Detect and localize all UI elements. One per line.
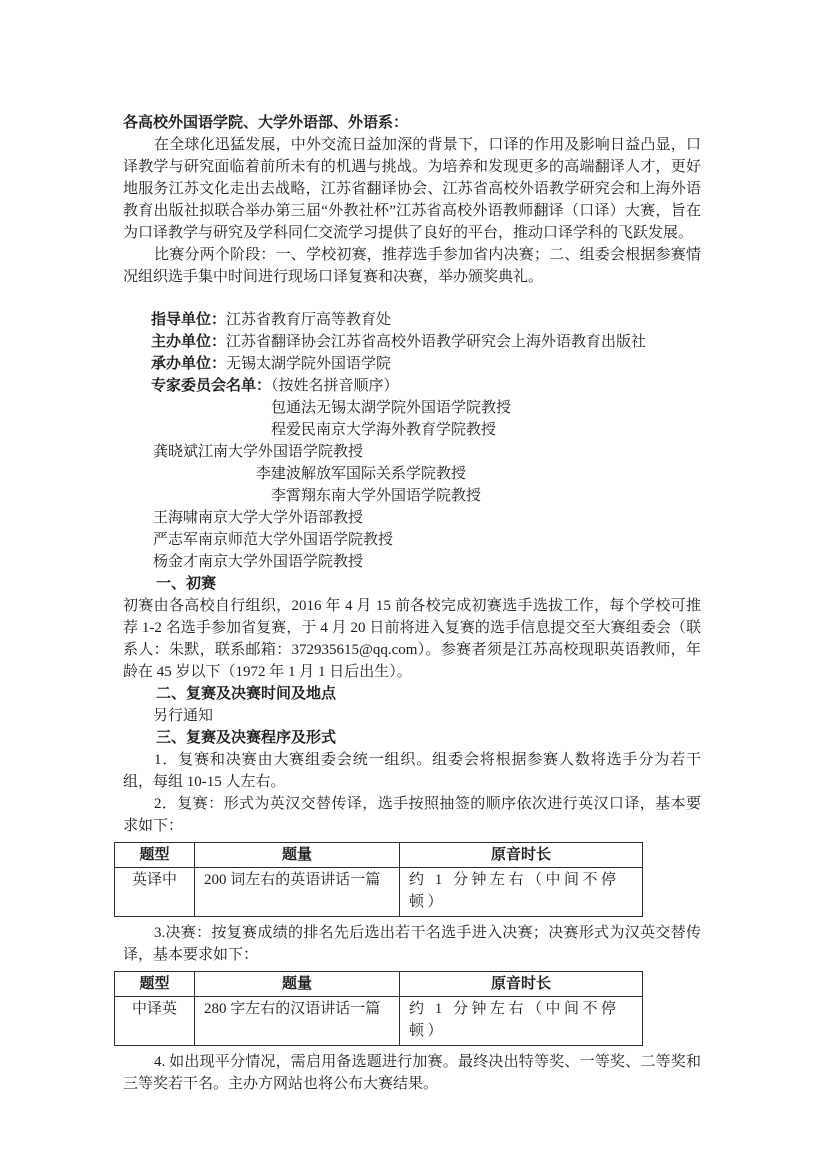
organizer-line-host: 主办单位：江苏省翻译协会江苏省高校外语教学研究会上海外语教育出版社 — [123, 331, 701, 353]
organizer-value: （按姓名拼音顺序） — [271, 378, 399, 394]
organizer-line-experts: 专家委员会名单：（按姓名拼音顺序） — [123, 375, 701, 397]
table-header-row: 题型 题量 原音时长 — [115, 843, 643, 868]
numbered-item-4: 4. 如出现平分情况，需启用备选题进行加赛。最终决出特等奖、一等奖、二等奖和三等… — [123, 1051, 701, 1095]
cell-type: 中译英 — [115, 997, 195, 1046]
section-heading-preliminary: 一、初赛 — [123, 573, 701, 595]
organizers-block: 指导单位：江苏省教育厅高等教育处 主办单位：江苏省翻译协会江苏省高校外语教学研究… — [123, 309, 701, 397]
expert-line: 李建波解放军国际关系学院教授 — [123, 463, 701, 485]
organizer-label: 主办单位： — [151, 334, 226, 350]
numbered-item-2: 2．复赛：形式为英汉交替传译，选手按照抽签的顺序依次进行英汉口译，基本要求如下： — [123, 793, 701, 837]
experts-list: 包通法无锡太湖学院外国语学院教授 程爱民南京大学海外教育学院教授 龚晓斌江南大学… — [123, 397, 701, 573]
header-cell-type: 题型 — [115, 843, 195, 868]
expert-line: 程爱民南京大学海外教育学院教授 — [123, 419, 701, 441]
document-content: 各高校外国语学院、大学外语部、外语系： 在全球化迅猛发展，中外交流日益加深的背景… — [123, 112, 701, 1095]
table-header-row: 题型 题量 原音时长 — [115, 972, 643, 997]
header-cell-duration: 原音时长 — [400, 843, 643, 868]
organizer-label: 专家委员会名单： — [151, 378, 271, 394]
expert-line: 王海啸南京大学大学外语部教授 — [123, 507, 701, 529]
organizer-label: 承办单位： — [151, 356, 226, 372]
organizer-value: 无锡太湖学院外国语学院 — [226, 356, 391, 372]
organizer-line-guidance: 指导单位：江苏省教育厅高等教育处 — [123, 309, 701, 331]
salutation: 各高校外国语学院、大学外语部、外语系： — [123, 112, 701, 134]
table-row: 英译中 200 词左右的英语讲话一篇 约 1 分钟左右（中间不停顿） — [115, 868, 643, 917]
header-cell-amount: 题量 — [195, 972, 400, 997]
expert-line: 严志军南京师范大学外国语学院教授 — [123, 529, 701, 551]
intro-paragraph-1: 在全球化迅猛发展，中外交流日益加深的背景下，口译的作用及影响日益凸显，口译教学与… — [123, 134, 701, 244]
notice-line: 另行通知 — [123, 705, 701, 727]
header-cell-duration: 原音时长 — [400, 972, 643, 997]
preliminary-paragraph: 初赛由各高校自行组织，2016 年 4 月 15 前各校完成初赛选手选拔工作，每… — [123, 595, 701, 683]
header-cell-type: 题型 — [115, 972, 195, 997]
cell-duration: 约 1 分钟左右（中间不停顿） — [400, 997, 643, 1046]
expert-line: 杨金才南京大学外国语学院教授 — [123, 551, 701, 573]
expert-line: 包通法无锡太湖学院外国语学院教授 — [123, 397, 701, 419]
organizer-value: 江苏省翻译协会江苏省高校外语教学研究会上海外语教育出版社 — [226, 334, 646, 350]
round2-requirements-table: 题型 题量 原音时长 英译中 200 词左右的英语讲话一篇 约 1 分钟左右（中… — [114, 842, 643, 917]
cell-type: 英译中 — [115, 868, 195, 917]
numbered-item-1: 1．复赛和决赛由大赛组委会统一组织。组委会将根据参赛人数将选手分为若干组，每组 … — [123, 749, 701, 793]
table-row: 中译英 280 字左右的汉语讲话一篇 约 1 分钟左右（中间不停顿） — [115, 997, 643, 1046]
document-page: 各高校外国语学院、大学外语部、外语系： 在全球化迅猛发展，中外交流日益加深的背景… — [0, 0, 822, 1163]
cell-amount: 200 词左右的英语讲话一篇 — [195, 868, 400, 917]
organizer-label: 指导单位： — [151, 312, 226, 328]
organizer-line-undertaker: 承办单位：无锡太湖学院外国语学院 — [123, 353, 701, 375]
final-requirements-table: 题型 题量 原音时长 中译英 280 字左右的汉语讲话一篇 约 1 分钟左右（中… — [114, 971, 643, 1046]
section-heading-time-place: 二、复赛及决赛时间及地点 — [123, 683, 701, 705]
expert-line: 龚晓斌江南大学外国语学院教授 — [123, 441, 701, 463]
header-cell-amount: 题量 — [195, 843, 400, 868]
intro-paragraph-2: 比赛分两个阶段：一、学校初赛，推荐选手参加省内决赛；二、组委会根据参赛情况组织选… — [123, 244, 701, 288]
cell-duration: 约 1 分钟左右（中间不停顿） — [400, 868, 643, 917]
cell-amount: 280 字左右的汉语讲话一篇 — [195, 997, 400, 1046]
section-heading-procedure: 三、复赛及决赛程序及形式 — [123, 727, 701, 749]
organizer-value: 江苏省教育厅高等教育处 — [226, 312, 391, 328]
expert-line: 李霄翔东南大学外国语学院教授 — [123, 485, 701, 507]
numbered-item-3: 3.决赛：按复赛成绩的排名先后选出若干名选手进入决赛；决赛形式为汉英交替传译，基… — [123, 922, 701, 966]
